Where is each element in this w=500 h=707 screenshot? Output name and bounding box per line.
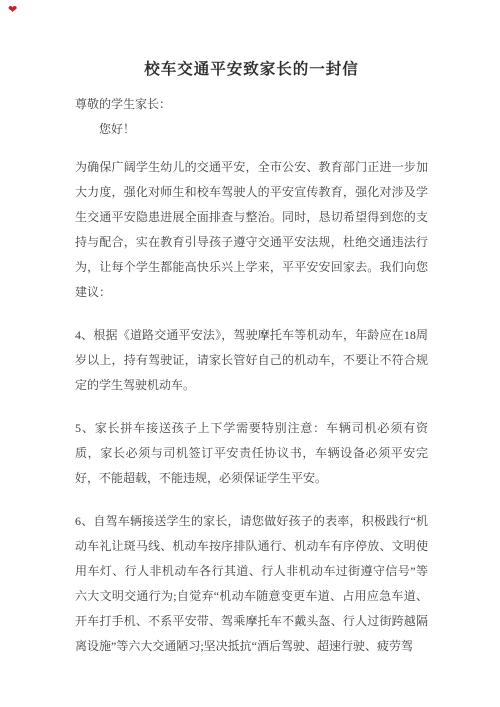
greeting-line: 您好！ (75, 117, 428, 142)
salutation-line: 尊敬的学生家长： (75, 92, 428, 117)
document-page: ❤ 校车交通平安致家长的一封信 尊敬的学生家长： 您好！ 为确保广阔学生幼儿的交… (0, 0, 500, 707)
paragraph-item-5: 5、家长拼车接送孩子上下学需要特别注意：车辆司机必须有资质，家长必须与司机签订平… (75, 416, 428, 491)
paragraph-item-4: 4、根据《道路交通平安法》，驾驶摩托车等机动车，年龄应在18周岁以上，持有驾驶证… (75, 323, 428, 398)
red-heart-icon: ❤ (8, 4, 17, 15)
paragraph-item-6: 6、自驾车辆接送学生的家长，请您做好孩子的表率，积极践行“机动车礼让斑马线、机动… (75, 509, 428, 659)
paragraph-intro: 为确保广阔学生幼儿的交通平安，全市公安、教育部门正进一步加大力度，强化对师生和校… (75, 155, 428, 305)
document-title: 校车交通平安致家长的一封信 (75, 58, 428, 82)
